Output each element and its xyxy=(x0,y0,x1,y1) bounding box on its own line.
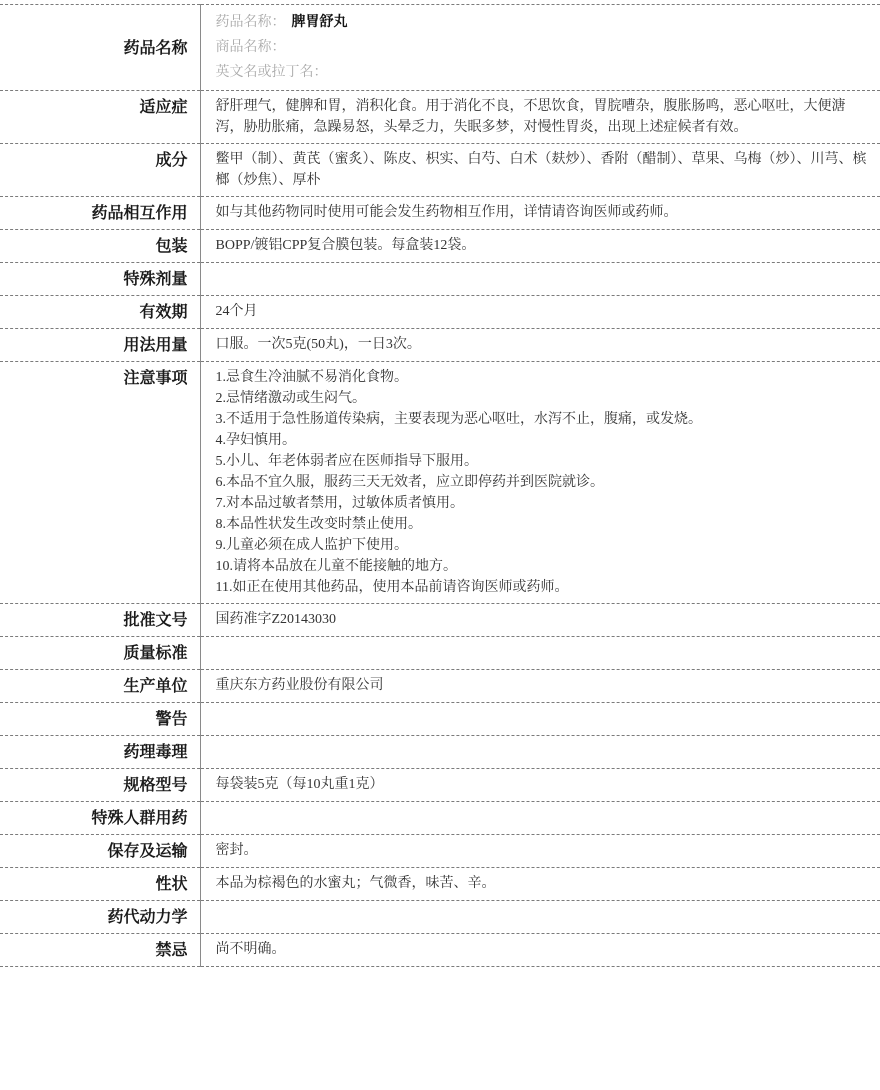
table-row-storage-transport: 保存及运输 密封。 xyxy=(0,835,880,868)
latin-name-line: 英文名或拉丁名： xyxy=(216,60,871,85)
row-label-dosage-administration: 用法用量 xyxy=(0,329,200,362)
row-content-description: 本品为棕褐色的水蜜丸；气微香，味苦、辛。 xyxy=(200,868,880,901)
row-label-drug-interactions: 药品相互作用 xyxy=(0,197,200,230)
trade-name-field-label: 商品名称： xyxy=(216,40,286,55)
row-content-manufacturer: 重庆东方药业股份有限公司 xyxy=(200,670,880,703)
row-content-special-populations xyxy=(200,802,880,835)
table-row-special-populations: 特殊人群用药 xyxy=(0,802,880,835)
table-row-shelf-life: 有效期 24个月 xyxy=(0,296,880,329)
row-label-ingredients: 成分 xyxy=(0,144,200,197)
row-label-pharmacokinetics: 药代动力学 xyxy=(0,901,200,934)
row-label-quality-standard: 质量标准 xyxy=(0,637,200,670)
row-label-manufacturer: 生产单位 xyxy=(0,670,200,703)
row-content-specification: 每袋装5克（每10丸重1克） xyxy=(200,769,880,802)
table-row-pharmacokinetics: 药代动力学 xyxy=(0,901,880,934)
row-content-drug-interactions: 如与其他药物同时使用可能会发生药物相互作用，详情请咨询医师或药师。 xyxy=(200,197,880,230)
row-label-special-dosage: 特殊剂量 xyxy=(0,263,200,296)
row-content-storage-transport: 密封。 xyxy=(200,835,880,868)
row-label-special-populations: 特殊人群用药 xyxy=(0,802,200,835)
table-row-contraindications: 禁忌 尚不明确。 xyxy=(0,934,880,967)
drug-name-value: 脾胃舒丸 xyxy=(292,15,348,30)
table-row-description: 性状 本品为棕褐色的水蜜丸；气微香，味苦、辛。 xyxy=(0,868,880,901)
table-row-ingredients: 成分 鳖甲（制）、黄芪（蜜炙）、陈皮、枳实、白芍、白术（麸炒）、香附（醋制）、草… xyxy=(0,144,880,197)
table-row-drug-interactions: 药品相互作用 如与其他药物同时使用可能会发生药物相互作用，详情请咨询医师或药师。 xyxy=(0,197,880,230)
table-row-special-dosage: 特殊剂量 xyxy=(0,263,880,296)
row-label-approval-number: 批准文号 xyxy=(0,604,200,637)
row-content-special-dosage xyxy=(200,263,880,296)
row-content-dosage-administration: 口服。一次5克(50丸)，一日3次。 xyxy=(200,329,880,362)
table-row-quality-standard: 质量标准 xyxy=(0,637,880,670)
row-content-shelf-life: 24个月 xyxy=(200,296,880,329)
row-label-specification: 规格型号 xyxy=(0,769,200,802)
row-content-pharmacokinetics xyxy=(200,901,880,934)
row-label-warning: 警告 xyxy=(0,703,200,736)
row-content-drug-name: 药品名称：脾胃舒丸 商品名称： 英文名或拉丁名： xyxy=(200,5,880,91)
row-label-storage-transport: 保存及运输 xyxy=(0,835,200,868)
trade-name-line: 商品名称： xyxy=(216,35,871,60)
row-content-approval-number: 国药准字Z20143030 xyxy=(200,604,880,637)
latin-name-field-label: 英文名或拉丁名： xyxy=(216,65,328,80)
row-label-description: 性状 xyxy=(0,868,200,901)
generic-name-field-label: 药品名称： xyxy=(216,15,286,30)
row-content-quality-standard xyxy=(200,637,880,670)
row-label-pharmacology-toxicology: 药理毒理 xyxy=(0,736,200,769)
table-row-approval-number: 批准文号 国药准字Z20143030 xyxy=(0,604,880,637)
row-content-indications: 舒肝理气，健脾和胃，消积化食。用于消化不良，不思饮食，胃脘嘈杂，腹胀肠鸣，恶心呕… xyxy=(200,91,880,144)
table-row-warning: 警告 xyxy=(0,703,880,736)
row-label-contraindications: 禁忌 xyxy=(0,934,200,967)
table-row-dosage-administration: 用法用量 口服。一次5克(50丸)，一日3次。 xyxy=(0,329,880,362)
row-label-shelf-life: 有效期 xyxy=(0,296,200,329)
drug-info-table: 药品名称 药品名称：脾胃舒丸 商品名称： 英文名或拉丁名： 适应症 舒肝理气，健… xyxy=(0,4,880,967)
generic-name-line: 药品名称：脾胃舒丸 xyxy=(216,10,871,35)
row-content-pharmacology-toxicology xyxy=(200,736,880,769)
row-label-indications: 适应症 xyxy=(0,91,200,144)
row-content-packaging: BOPP/镀铝CPP复合膜包装。每盒装12袋。 xyxy=(200,230,880,263)
row-content-ingredients: 鳖甲（制）、黄芪（蜜炙）、陈皮、枳实、白芍、白术（麸炒）、香附（醋制）、草果、乌… xyxy=(200,144,880,197)
table-row-pharmacology-toxicology: 药理毒理 xyxy=(0,736,880,769)
row-content-warning xyxy=(200,703,880,736)
row-label-packaging: 包装 xyxy=(0,230,200,263)
row-content-precautions: 1.忌食生冷油腻不易消化食物。 2.忌情绪激动或生闷气。 3.不适用于急性肠道传… xyxy=(200,362,880,604)
row-label-precautions: 注意事项 xyxy=(0,362,200,604)
table-row-specification: 规格型号 每袋装5克（每10丸重1克） xyxy=(0,769,880,802)
row-label-drug-name: 药品名称 xyxy=(0,5,200,91)
table-row-packaging: 包装 BOPP/镀铝CPP复合膜包装。每盒装12袋。 xyxy=(0,230,880,263)
table-row-manufacturer: 生产单位 重庆东方药业股份有限公司 xyxy=(0,670,880,703)
table-row-drug-name: 药品名称 药品名称：脾胃舒丸 商品名称： 英文名或拉丁名： xyxy=(0,5,880,91)
table-row-precautions: 注意事项 1.忌食生冷油腻不易消化食物。 2.忌情绪激动或生闷气。 3.不适用于… xyxy=(0,362,880,604)
row-content-contraindications: 尚不明确。 xyxy=(200,934,880,967)
table-row-indications: 适应症 舒肝理气，健脾和胃，消积化食。用于消化不良，不思饮食，胃脘嘈杂，腹胀肠鸣… xyxy=(0,91,880,144)
